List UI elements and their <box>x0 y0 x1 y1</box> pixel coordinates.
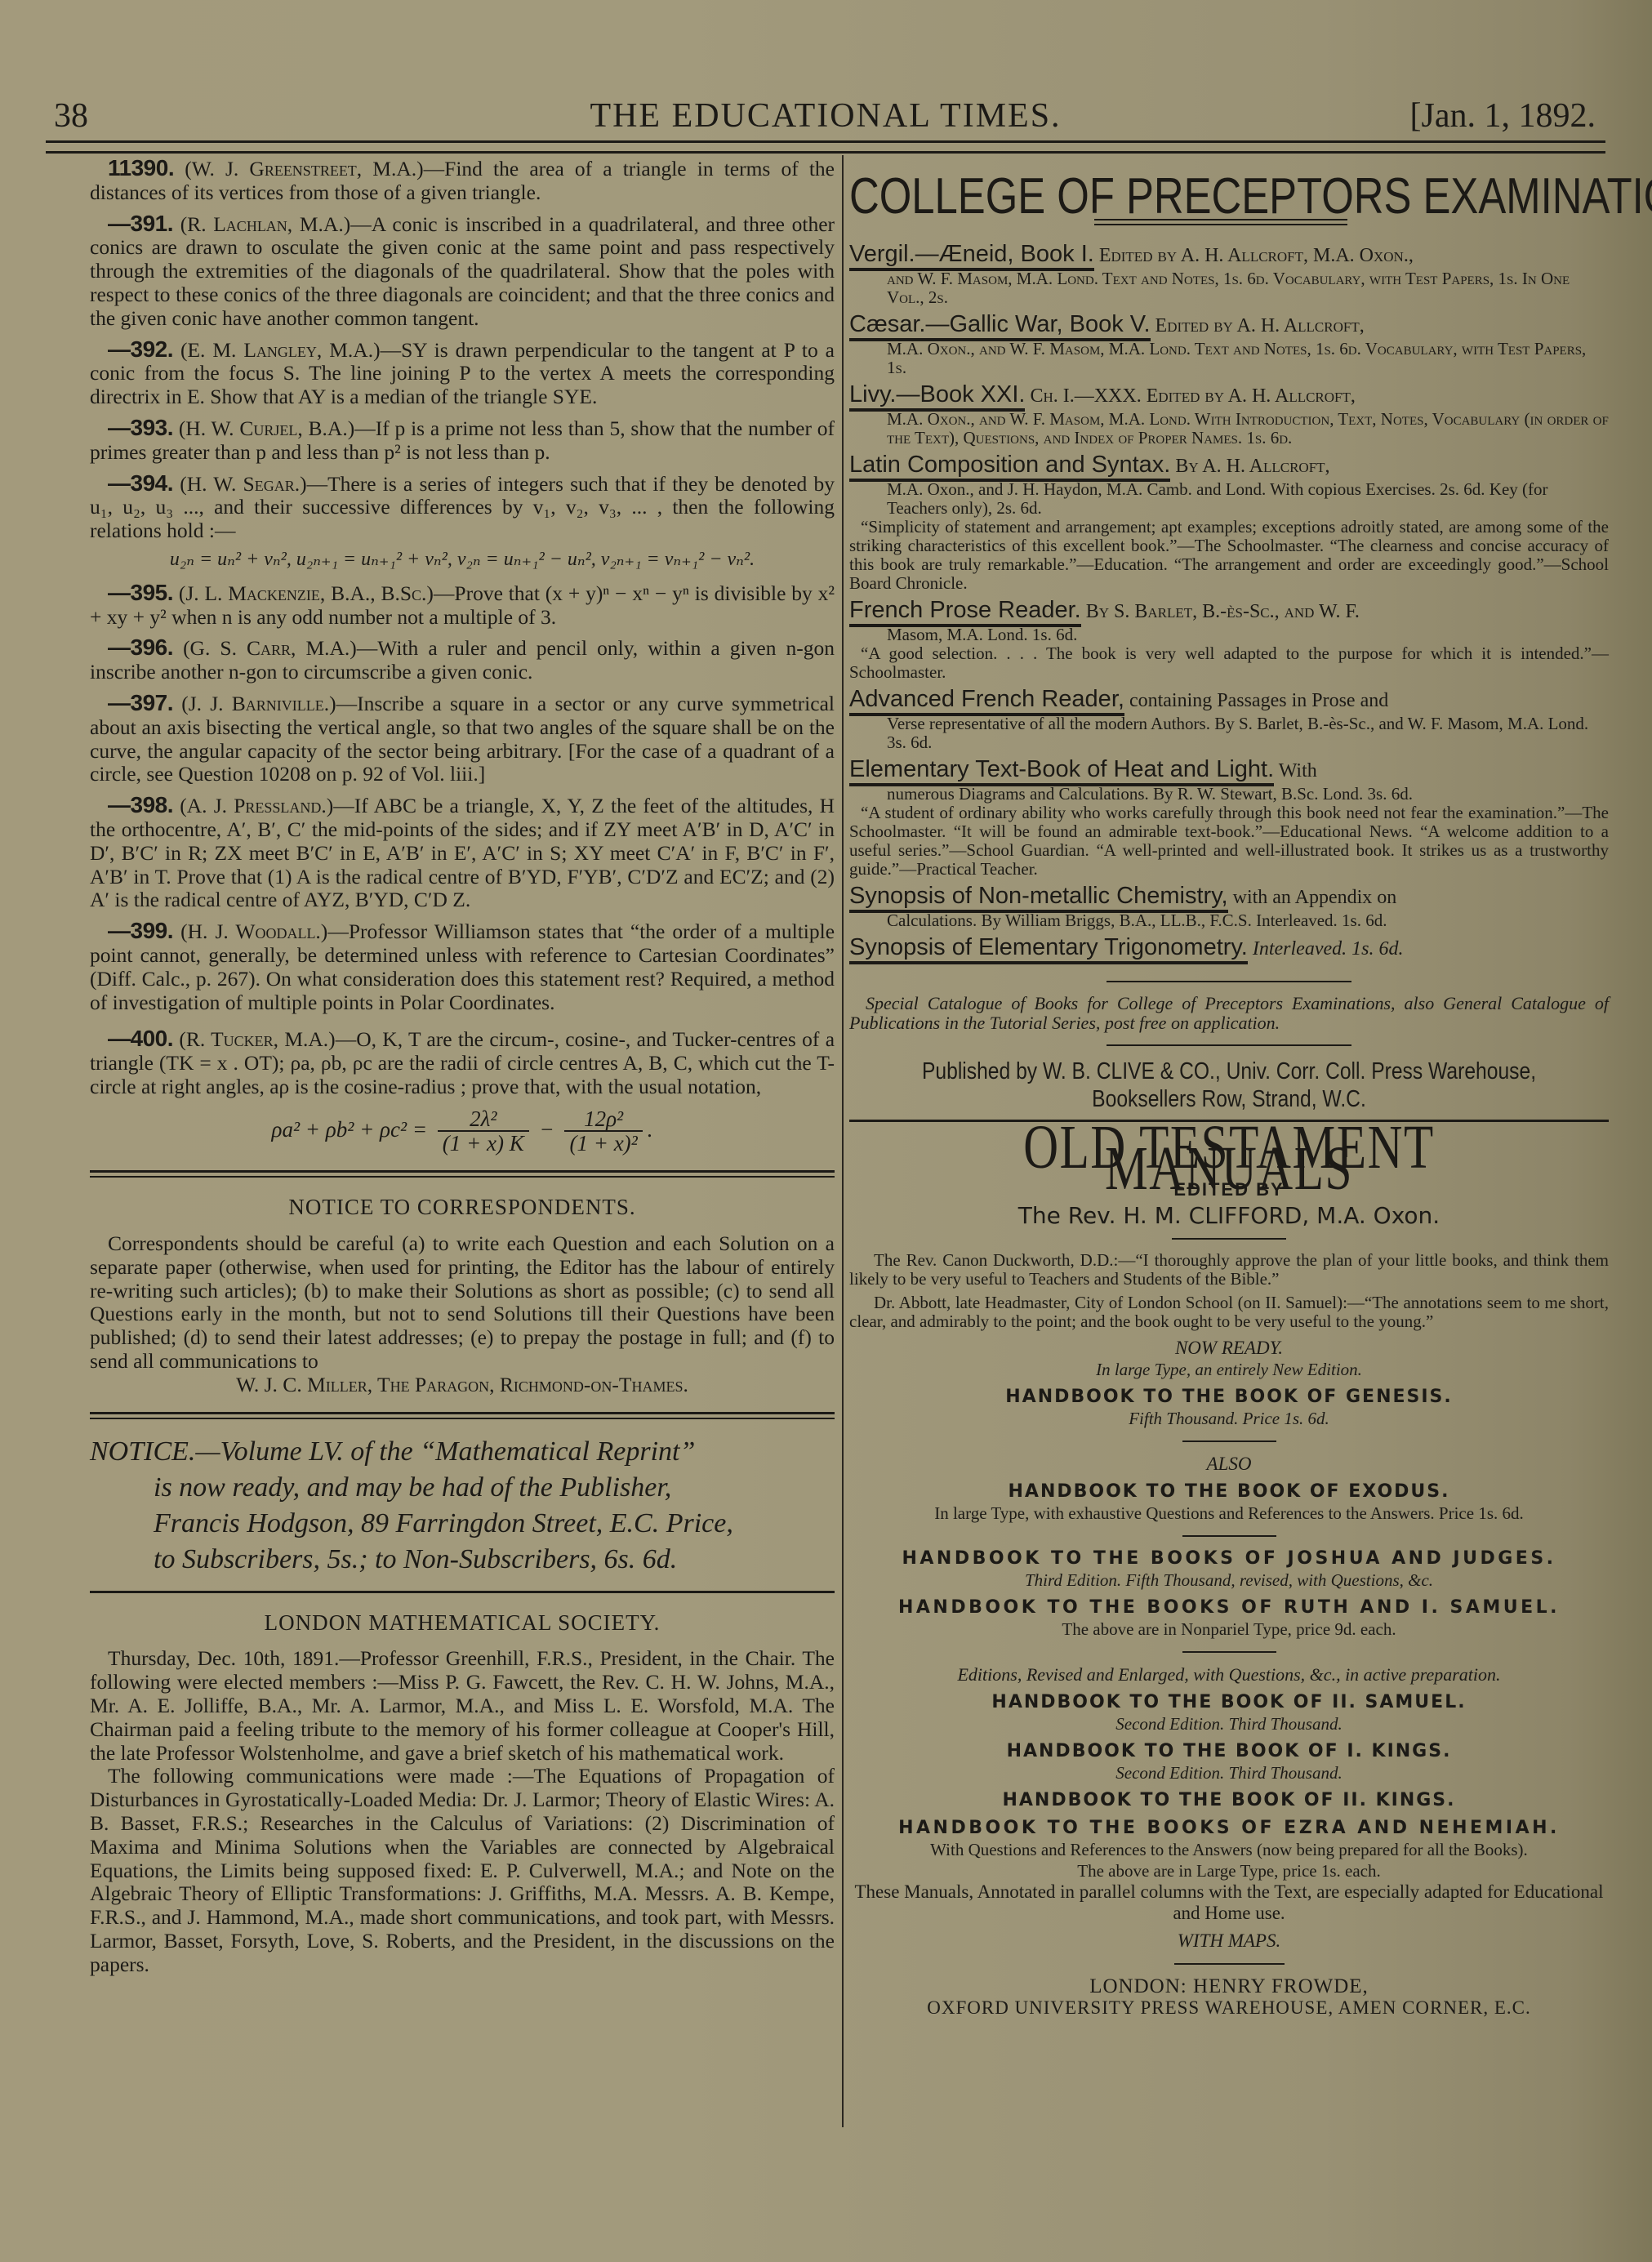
special-catalogue: Special Catalogue of Books for College o… <box>849 994 1609 1033</box>
question-393: —393. (H. W. Curjel, B.A.)—If p is a pri… <box>90 416 835 465</box>
question-391: —391. (R. Lachlan, M.A.)—A conic is insc… <box>90 212 835 331</box>
samuel2-sub: Second Edition. Third Thousand. <box>849 1713 1609 1734</box>
nonpariel-note: The above are in Nonpariel Type, price 9… <box>849 1619 1609 1640</box>
book-entry-livy: Livy.—Book XXI. Ch. I.—XXX. Edited by A.… <box>849 381 1609 448</box>
section-rule <box>90 1170 835 1178</box>
question-397: —397. (J. J. Barniville.)—Inscribe a squ… <box>90 692 835 786</box>
question-396: —396. (G. S. Carr, M.A.)—With a ruler an… <box>90 636 835 684</box>
handbook-exodus: HANDBOOK TO THE BOOK OF EXODUS. <box>849 1481 1609 1503</box>
handbook-ii-kings: HANDBOOK TO THE BOOK OF II. KINGS. <box>849 1790 1609 1811</box>
book-entry-chemistry: Synopsis of Non-metallic Chemistry, with… <box>849 882 1609 930</box>
correspondents-heading: NOTICE TO CORRESPONDENTS. <box>90 1196 835 1219</box>
correspondents-body: Correspondents should be careful (a) to … <box>90 1232 835 1374</box>
masthead-title: THE EDUCATIONAL TIMES. <box>46 96 1605 136</box>
ezra-sub: With Questions and References to the Ans… <box>849 1839 1609 1860</box>
editor-name: The Rev. H. M. CLIFFORD, M.A. Oxon. <box>849 1205 1609 1227</box>
question-11390: 11390. (W. J. Greenstreet, M.A.)—Find th… <box>90 157 835 205</box>
testimonial-abbott: Dr. Abbott, late Headmaster, City of Lon… <box>849 1294 1609 1331</box>
book-entry-latin-composition: Latin Composition and Syntax. By A. H. A… <box>849 451 1609 593</box>
page-header: 38 THE EDUCATIONAL TIMES. [Jan. 1, 1892. <box>46 96 1605 137</box>
book-entry-heat-light: Elementary Text-Book of Heat and Light. … <box>849 755 1609 879</box>
divider <box>1107 1044 1351 1046</box>
exodus-sub: In large Type, with exhaustive Questions… <box>849 1503 1609 1524</box>
section-rule <box>90 1412 835 1419</box>
publisher-line-1: Published by W. B. CLIVE & CO., Univ. Co… <box>906 1058 1552 1085</box>
now-ready: NOW READY. <box>849 1338 1609 1359</box>
lms-heading: LONDON MATHEMATICAL SOCIETY. <box>90 1611 835 1635</box>
correspondents-address: W. J. C. Miller, The Paragon, Richmond-o… <box>90 1374 835 1397</box>
handbook-ezra-nehemiah: HANDBOOK TO THE BOOKS OF EZRA AND NEHEMI… <box>849 1818 1609 1839</box>
left-column: 11390. (W. J. Greenstreet, M.A.)—Find th… <box>90 157 835 1977</box>
book-entry-caesar: Cæsar.—Gallic War, Book V. Edited by A. … <box>849 310 1609 377</box>
divider <box>1182 1535 1276 1537</box>
large-type-note: In large Type, an entirely New Edition. <box>849 1359 1609 1380</box>
kings1-sub: Second Edition. Third Thousand. <box>849 1762 1609 1783</box>
editions-note: Editions, Revised and Enlarged, with Que… <box>849 1664 1609 1685</box>
handbook-ruth-samuel: HANDBOOK TO THE BOOKS OF RUTH AND I. SAM… <box>849 1597 1609 1619</box>
header-rule <box>46 140 1605 154</box>
otm-heading: OLD TESTAMENT MANUALS <box>933 1137 1525 1179</box>
handbook-ii-samuel: HANDBOOK TO THE BOOK OF II. SAMUEL. <box>849 1692 1609 1713</box>
formula-394: u₂ₙ = uₙ² + vₙ², u₂ₙ₊₁ = uₙ₊₁² + vₙ², v₂… <box>90 548 835 572</box>
divider <box>1107 981 1351 982</box>
book-entry-trigonometry: Synopsis of Elementary Trigonometry. Int… <box>849 933 1609 963</box>
publisher-oxford: OXFORD UNIVERSITY PRESS WAREHOUSE, AMEN … <box>849 1997 1609 2019</box>
formula-400: ρa² + ρb² + ρc² = 2λ²(1 + x) K − 12ρ²(1 … <box>90 1107 835 1156</box>
question-392: —392. (E. M. Langley, M.A.)—SY is drawn … <box>90 338 835 409</box>
also-label: ALSO <box>849 1454 1609 1475</box>
lms-para-1: Thursday, Dec. 10th, 1891.—Professor Gre… <box>90 1647 835 1765</box>
divider <box>1182 1651 1276 1653</box>
joshua-sub: Third Edition. Fifth Thousand, revised, … <box>849 1570 1609 1591</box>
book-entry-vergil: Vergil.—Æneid, Book I. Edited by A. H. A… <box>849 240 1609 307</box>
handbook-joshua-judges: HANDBOOK TO THE BOOKS OF JOSHUA AND JUDG… <box>849 1548 1609 1570</box>
publisher-london: LONDON: HENRY FROWDE, <box>849 1976 1609 1997</box>
large-type-price: The above are in Large Type, price 1s. e… <box>849 1860 1609 1881</box>
column-divider <box>842 155 844 2127</box>
question-395: —395. (J. L. Mackenzie, B.A., B.Sc.)—Pro… <box>90 581 835 630</box>
divider <box>1182 1440 1276 1442</box>
section-rule <box>90 1591 835 1593</box>
right-column: COLLEGE OF PRECEPTORS EXAMINATIONS. Verg… <box>849 178 1609 2019</box>
book-entry-advanced-french: Advanced French Reader, containing Passa… <box>849 685 1609 752</box>
question-394: —394. (H. W. Segar.)—There is a series o… <box>90 472 835 543</box>
issue-date: [Jan. 1, 1892. <box>1410 96 1596 136</box>
publisher-line-2: Booksellers Row, Strand, W.C. <box>906 1085 1552 1113</box>
divider <box>1174 1963 1285 1965</box>
testimonial-duckworth: The Rev. Canon Duckworth, D.D.:—“I thoro… <box>849 1251 1609 1289</box>
newspaper-page: 38 THE EDUCATIONAL TIMES. [Jan. 1, 1892.… <box>0 0 1652 2262</box>
divider <box>1172 1238 1286 1240</box>
question-398: —398. (A. J. Pressland.)—If ABC be a tri… <box>90 794 835 912</box>
with-maps: WITH MAPS. <box>849 1930 1609 1952</box>
cop-examinations-heading: COLLEGE OF PRECEPTORS EXAMINATIONS. <box>849 186 1613 207</box>
genesis-sub: Fifth Thousand. Price 1s. 6d. <box>849 1408 1609 1429</box>
handbook-genesis: HANDBOOK TO THE BOOK OF GENESIS. <box>849 1387 1609 1408</box>
lms-para-2: The following communications were made :… <box>90 1765 835 1976</box>
book-entry-french-prose: French Prose Reader. By S. Barlet, B.-ès… <box>849 596 1609 682</box>
manuals-note: These Manuals, Annotated in parallel col… <box>849 1881 1609 1924</box>
question-399: —399. (H. J. Woodall.)—Professor William… <box>90 919 835 1014</box>
question-400: —400. (R. Tucker, M.A.)—O, K, T are the … <box>90 1027 835 1098</box>
reprint-notice: NOTICE.—Volume LV. of the “Mathematical … <box>90 1434 835 1578</box>
handbook-i-kings: HANDBOOK TO THE BOOK OF I. KINGS. <box>849 1741 1609 1762</box>
